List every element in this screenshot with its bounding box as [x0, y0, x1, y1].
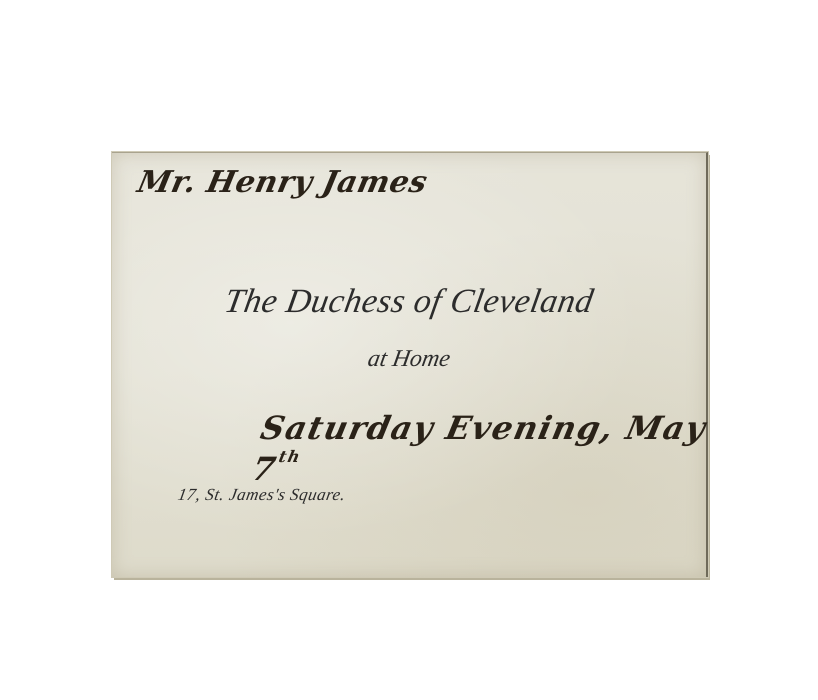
host-name: The Duchess of Cleveland	[109, 283, 710, 321]
invitation-card: Mr. Henry James The Duchess of Cleveland…	[112, 152, 708, 577]
event-date-main: Saturday Evening, May 7	[249, 409, 710, 488]
event-date-suffix: th	[277, 447, 303, 466]
host-address: 17, St. James's Square.	[176, 485, 347, 505]
recipient-name: Mr. Henry James	[134, 165, 430, 200]
occasion-text: at Home	[110, 346, 709, 373]
event-date: Saturday Evening, May 7th	[249, 409, 715, 488]
